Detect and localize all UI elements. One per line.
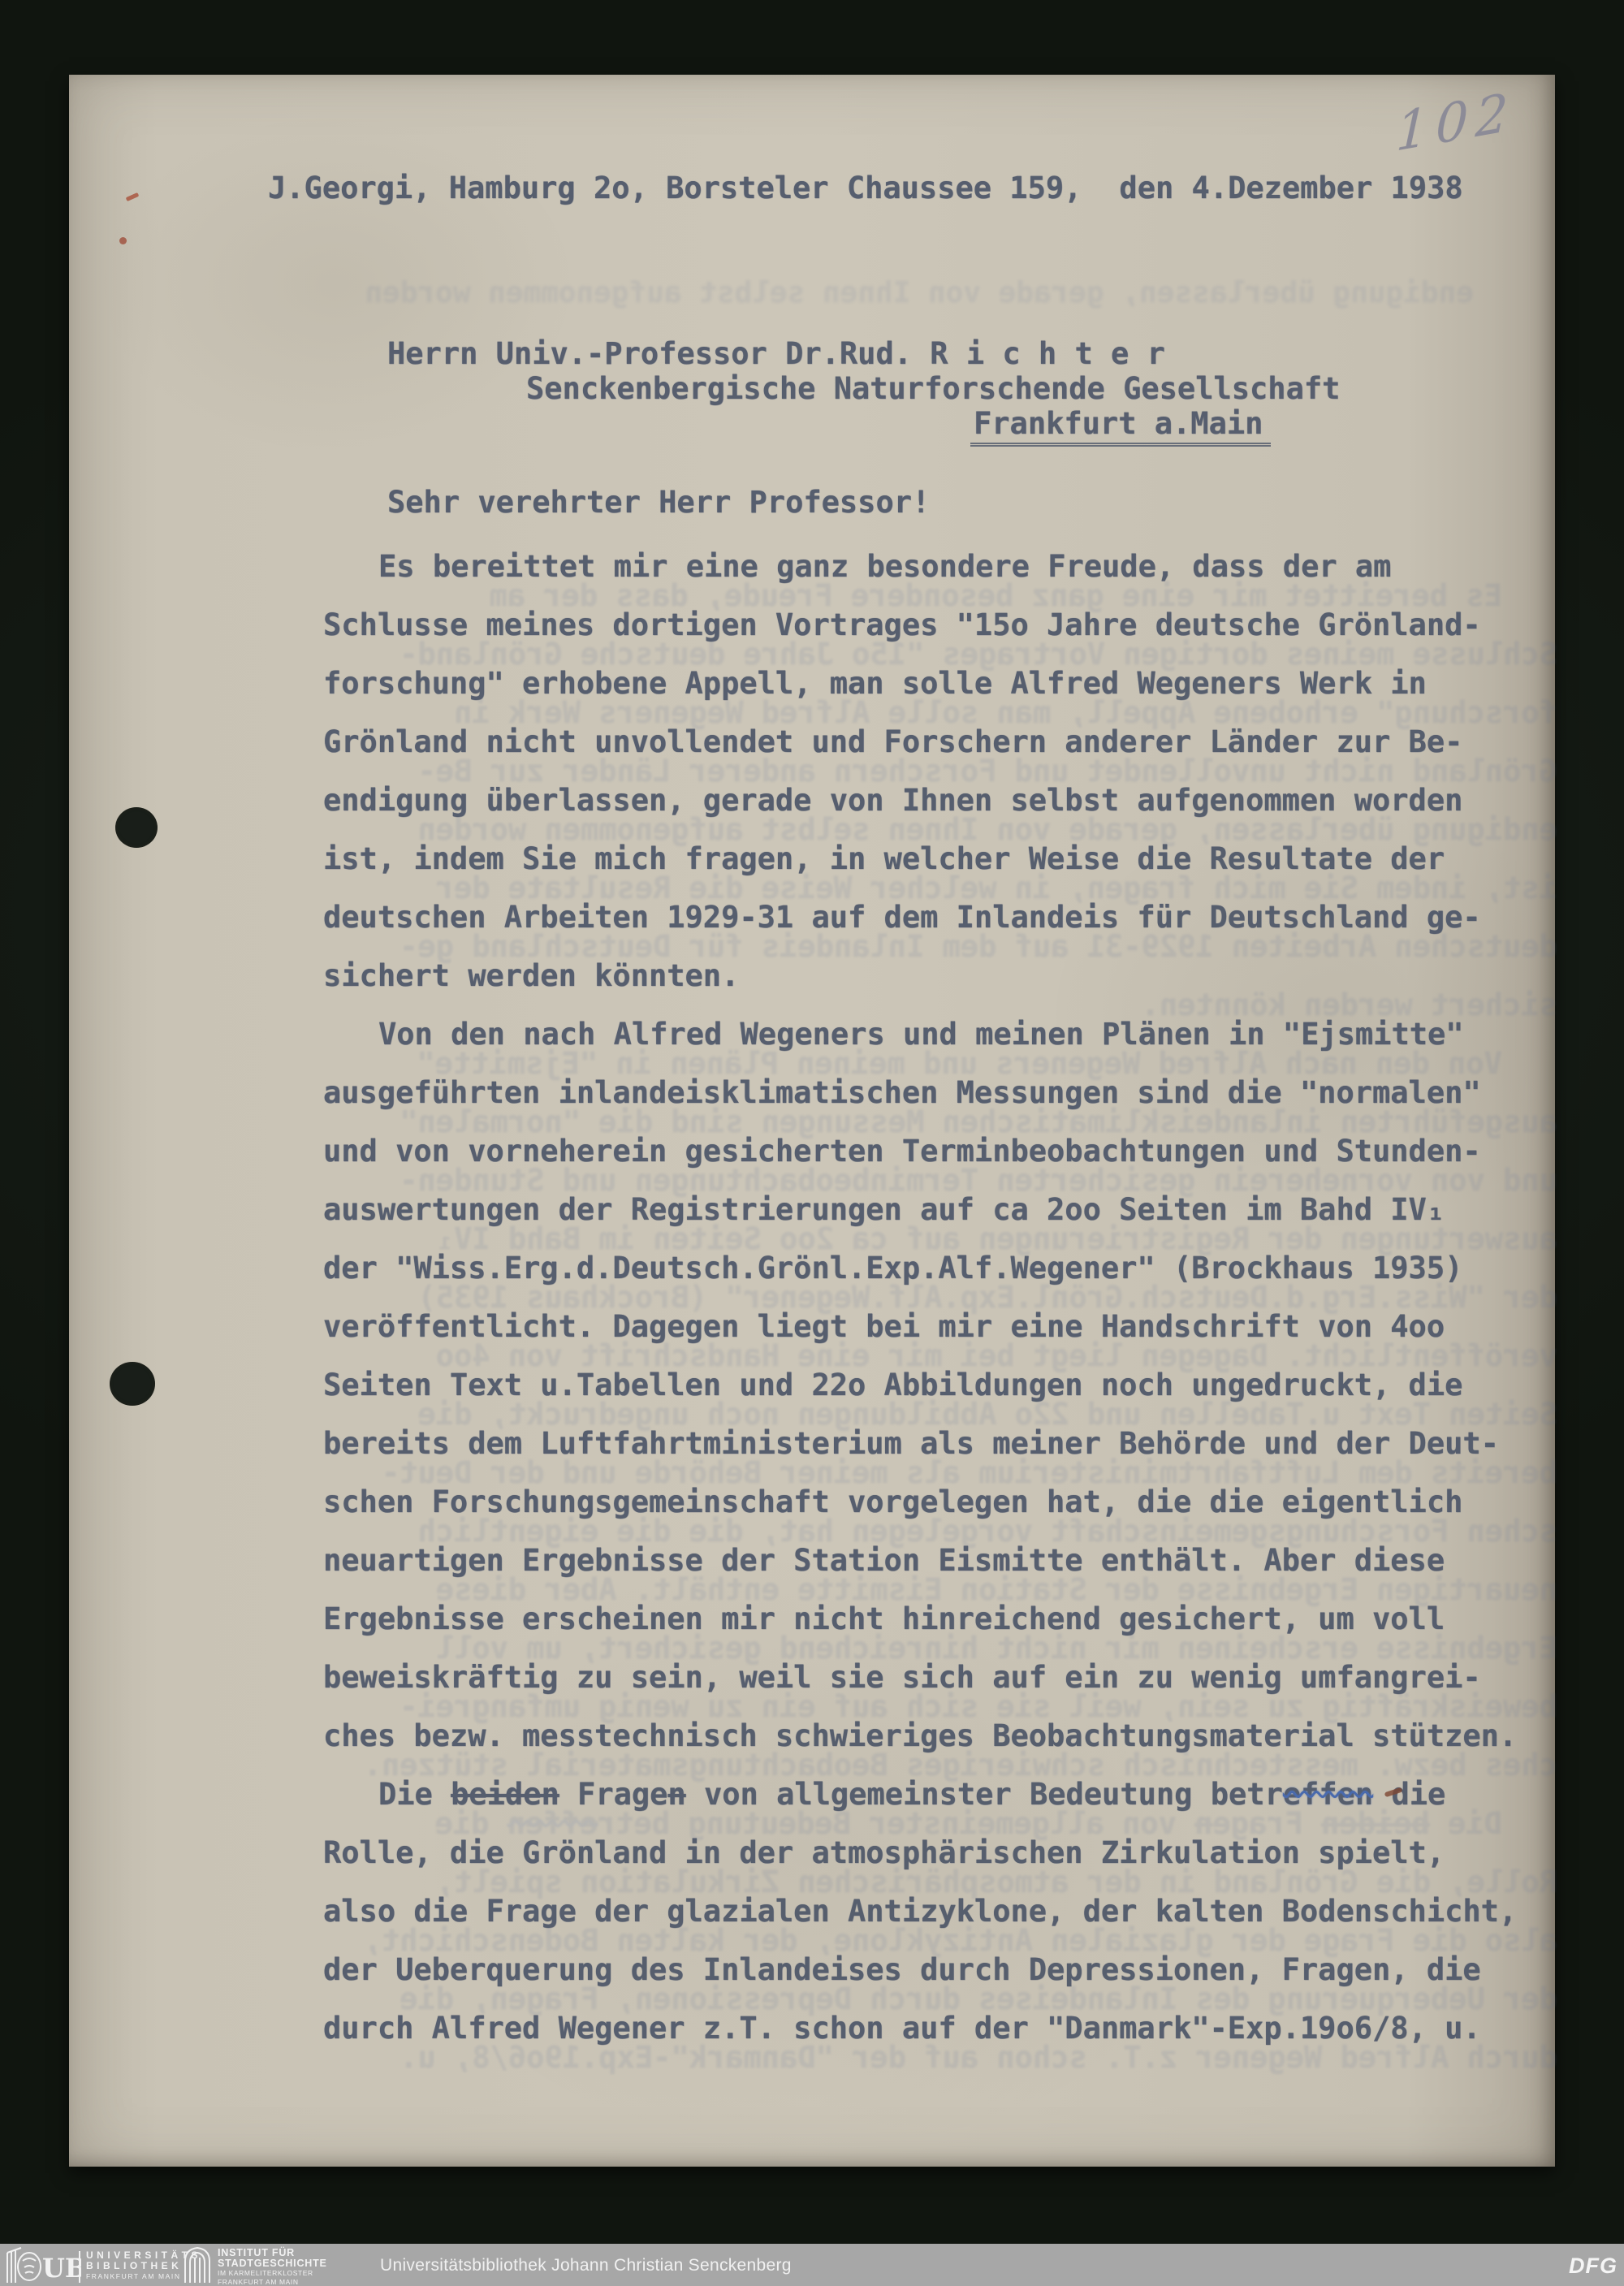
typed-line: und von vorneherein gesicherten Terminbe…: [323, 1126, 1557, 1184]
typed-text: der Ueberquerung des Inlandeises durch D…: [323, 1952, 1481, 1987]
typed-text: ausgeführten inlandeisklimatischen Messu…: [323, 1075, 1481, 1110]
typed-line: beweiskräftig zu sein, weil sie sich auf…: [323, 1652, 1557, 1710]
footer-text-line: STADTGESCHICHTE: [218, 2258, 327, 2269]
typed-text: Es bereittet mir eine ganz besondere Fre…: [378, 549, 1391, 584]
typed-line: ist, indem Sie mich fragen, in welcher W…: [323, 833, 1557, 892]
typed-text: bereits dem Luftfahrtministerium als mei…: [323, 1426, 1499, 1461]
struck-text: beiden: [451, 1777, 559, 1812]
typed-line: auswertungen der Registrierungen auf ca …: [323, 1184, 1557, 1242]
typed-line: forschung" erhobene Appell, man solle Al…: [323, 658, 1557, 716]
typed-text: durch Alfred Wegener z.T. schon auf der …: [323, 2011, 1481, 2046]
typed-text: von allgemeinster Bedeutung betr: [686, 1777, 1283, 1812]
institute-arch-icon: [184, 2246, 211, 2284]
typed-text: und von vorneherein gesicherten Terminbe…: [323, 1134, 1481, 1169]
typed-text: Frage: [559, 1777, 668, 1812]
typed-text: Seiten Text u.Tabellen und 22o Abbildung…: [323, 1368, 1462, 1402]
letter-body: Es bereittet mir eine ganz besondere Fre…: [323, 541, 1557, 2061]
typed-line: Von den nach Alfred Wegeners und meinen …: [323, 1009, 1557, 1067]
salutation: Sehr verehrter Herr Professor!: [387, 485, 930, 520]
institute-text: INSTITUT FÜRSTADTGESCHICHTEIM KARMELITER…: [218, 2248, 327, 2286]
typed-text: deutschen Arbeiten 1929-31 auf dem Inlan…: [323, 900, 1481, 935]
dfg-logo: DFG: [1569, 2254, 1618, 2279]
struck-text: n: [667, 1777, 685, 1812]
typed-line: veröffentlicht. Dagegen liegt bei mir ei…: [323, 1301, 1557, 1359]
typed-line: Schlusse meines dortigen Vortrages "15o …: [323, 599, 1557, 658]
recipient-city: Frankfurt a.Main: [970, 406, 1271, 447]
typed-line: der Ueberquerung des Inlandeises durch D…: [323, 1944, 1557, 2003]
library-footer-bar: UB UNIVERSITÄTSBIBLIOTHEKFRANKFURT AM MA…: [0, 2244, 1624, 2286]
typed-text: Von den nach Alfred Wegeners und meinen …: [378, 1017, 1464, 1052]
typed-text: auswertungen der Registrierungen auf ca …: [323, 1192, 1445, 1227]
typed-line: ches bezw. messtechnisch schwieriges Beo…: [323, 1710, 1557, 1769]
typed-line: Rolle, die Grönland in der atmosphärisch…: [323, 1827, 1557, 1886]
red-dot: [119, 237, 127, 244]
footer-text-line: FRANKFURT AM MAIN: [218, 2279, 327, 2286]
typed-line: Es bereittet mir eine ganz besondere Fre…: [323, 541, 1557, 599]
typed-line: bereits dem Luftfahrtministerium als mei…: [323, 1418, 1557, 1476]
typed-text: forschung" erhobene Appell, man solle Al…: [323, 666, 1427, 701]
punch-hole-bottom: [110, 1362, 155, 1406]
struck-text: effen: [1283, 1777, 1373, 1812]
ub-library-logo: UB: [5, 2246, 81, 2284]
typed-text: neuartigen Ergebnisse der Station Eismit…: [323, 1543, 1445, 1578]
typed-line: deutschen Arbeiten 1929-31 auf dem Inlan…: [323, 892, 1557, 950]
typed-text: also die Frage der glazialen Antizyklone…: [323, 1894, 1517, 1929]
typed-line: schen Forschungsgemeinschaft vorgelegen …: [323, 1476, 1557, 1535]
typed-line: neuartigen Ergebnisse der Station Eismit…: [323, 1535, 1557, 1593]
typed-line: Die beiden Fragen von allgemeinster Bede…: [323, 1769, 1557, 1827]
scanned-letter-page: 102 J.Georgi, Hamburg 2o, Borsteler Chau…: [0, 0, 1624, 2286]
typed-line: Grönland nicht unvollendet und Forschern…: [323, 716, 1557, 775]
typed-line: also die Frage der glazialen Antizyklone…: [323, 1886, 1557, 1944]
typed-text: veröffentlicht. Dagegen liegt bei mir ei…: [323, 1309, 1445, 1344]
typed-text: Ergebnisse erscheinen mir nicht hinreich…: [323, 1601, 1445, 1636]
typed-line: sichert werden könnten.: [323, 950, 1557, 1009]
typed-text: Die: [378, 1777, 451, 1812]
punch-hole-top: [115, 807, 158, 848]
typed-line: ausgeführten inlandeisklimatischen Messu…: [323, 1067, 1557, 1126]
typed-line: durch Alfred Wegener z.T. schon auf der …: [323, 2003, 1557, 2061]
typed-line: Ergebnisse erscheinen mir nicht hinreich…: [323, 1593, 1557, 1652]
typed-text: ist, indem Sie mich fragen, in welcher W…: [323, 841, 1445, 876]
typed-text: Grönland nicht unvollendet und Forschern…: [323, 724, 1462, 759]
svg-text:UB: UB: [42, 2253, 81, 2284]
typed-text: der "Wiss.Erg.d.Deutsch.Grönl.Exp.Alf.We…: [323, 1251, 1462, 1286]
recipient-name: Herrn Univ.-Professor Dr.Rud. R i c h t …: [387, 336, 1165, 371]
typed-line: endigung überlassen, gerade von Ihnen se…: [323, 775, 1557, 833]
footer-text-line: IM KARMELITERKLOSTER: [218, 2270, 327, 2278]
typed-line: Seiten Text u.Tabellen und 22o Abbildung…: [323, 1359, 1557, 1418]
typed-text: ches bezw. messtechnisch schwieriges Beo…: [323, 1718, 1517, 1753]
recipient-institution: Senckenbergische Naturforschende Gesells…: [526, 371, 1340, 406]
typed-text: beweiskräftig zu sein, weil sie sich auf…: [323, 1660, 1481, 1695]
library-name-label: Universitätsbibliothek Johann Christian …: [380, 2256, 792, 2275]
typed-text: sichert werden könnten.: [323, 958, 739, 993]
typed-text: schen Forschungsgemeinschaft vorgelegen …: [323, 1484, 1462, 1519]
typed-text: Rolle, die Grönland in der atmosphärisch…: [323, 1835, 1445, 1870]
recipient-block: Herrn Univ.-Professor Dr.Rud. R i c h t …: [69, 75, 1555, 249]
typed-text: Schlusse meines dortigen Vortrages "15o …: [323, 607, 1481, 642]
typed-line: der "Wiss.Erg.d.Deutsch.Grönl.Exp.Alf.We…: [323, 1242, 1557, 1301]
letter-paper: 102 J.Georgi, Hamburg 2o, Borsteler Chau…: [69, 75, 1555, 2167]
bleedthrough-text-top: endigung überlassen, gerade von Ihnen se…: [337, 276, 1474, 309]
typed-text: endigung überlassen, gerade von Ihnen se…: [323, 783, 1462, 818]
